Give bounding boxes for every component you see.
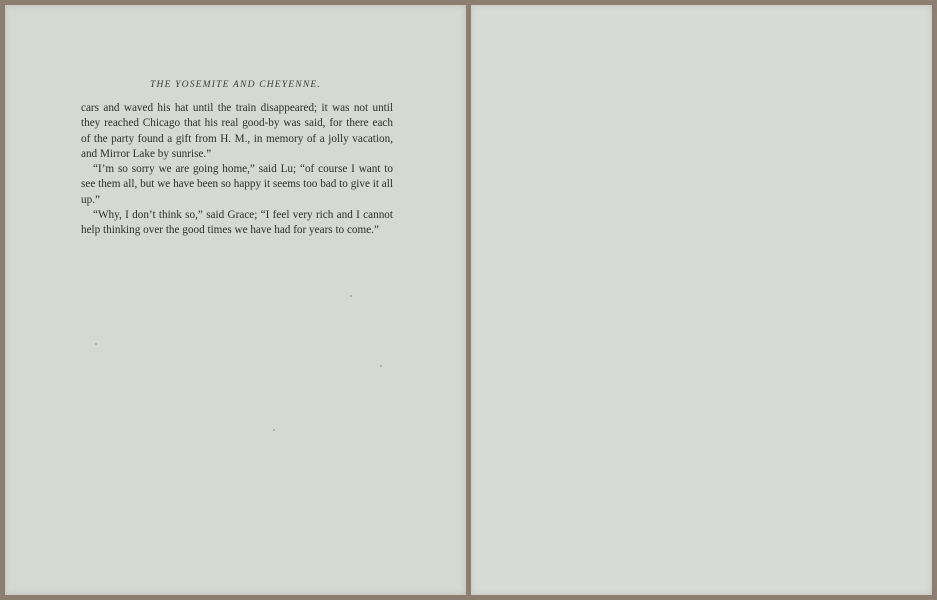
paper-speck [380,365,382,367]
paragraph-3: “Why, I don’t think so,” said Grace; “I … [81,208,393,239]
paragraph-2: “I’m so sorry we are going home,” said L… [81,162,393,208]
running-head: THE YOSEMITE AND CHEYENNE. [5,80,466,90]
paper-speck [273,429,275,431]
paper-speck [350,295,352,297]
right-page [471,5,932,595]
body-text: cars and waved his hat until the train d… [81,101,393,239]
paper-speck [95,343,97,345]
paragraph-1: cars and waved his hat until the train d… [81,101,393,162]
left-page: THE YOSEMITE AND CHEYENNE. cars and wave… [5,5,466,595]
